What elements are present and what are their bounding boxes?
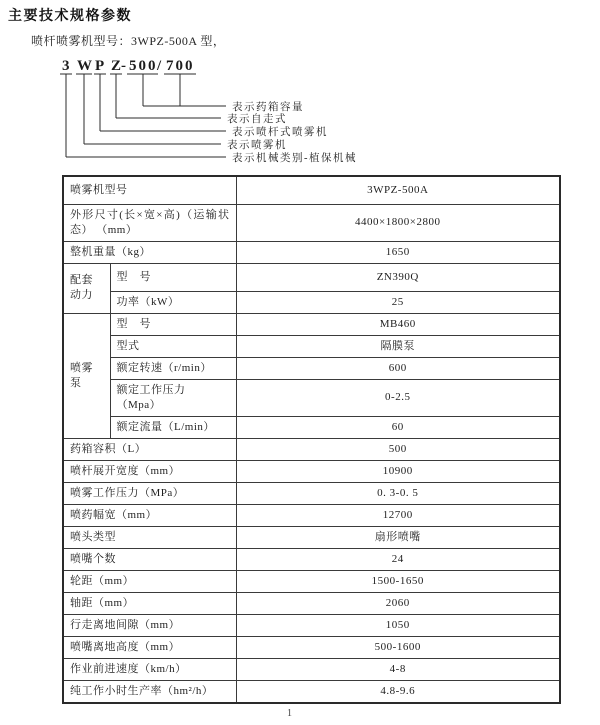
- row-label: 行走离地间隙（mm）: [63, 614, 236, 636]
- row-value: 25: [236, 291, 560, 313]
- table-row: 功率（kW） 25: [63, 291, 560, 313]
- row-value: 600: [236, 357, 560, 379]
- table-row: 纯工作小时生产率（hm²/h） 4.8-9.6: [63, 680, 560, 703]
- table-row: 外形尺寸(长×宽×高)（运输状态） （mm） 4400×1800×2800: [63, 204, 560, 241]
- code-slash: /: [156, 58, 163, 74]
- diagram-label-boom-sprayer: 表示喷杆式喷雾机: [232, 125, 328, 138]
- row-value: 0. 3-0. 5: [236, 482, 560, 504]
- table-row: 额定工作压力 （Mpa） 0-2.5: [63, 379, 560, 416]
- row-label: 轴距（mm）: [63, 592, 236, 614]
- row-label: 型式: [110, 335, 236, 357]
- table-row: 行走离地间隙（mm） 1050: [63, 614, 560, 636]
- row-label: 作业前进速度（km/h）: [63, 658, 236, 680]
- row-label: 喷嘴个数: [63, 548, 236, 570]
- row-value: ZN390Q: [236, 263, 560, 291]
- row-label: 型 号: [110, 263, 236, 291]
- table-row: 作业前进速度（km/h） 4-8: [63, 658, 560, 680]
- row-label: 喷杆展开宽度（mm）: [63, 460, 236, 482]
- model-code-diagram-svg: 3 W P Z - 500 / 700: [55, 54, 555, 174]
- row-value: 4-8: [236, 658, 560, 680]
- row-value: 0-2.5: [236, 379, 560, 416]
- row-value: 10900: [236, 460, 560, 482]
- row-value: 1050: [236, 614, 560, 636]
- row-value: 500-1600: [236, 636, 560, 658]
- group-label-power: 配套 动力: [63, 263, 110, 313]
- row-value: 扇形喷嘴: [236, 526, 560, 548]
- row-value: 2060: [236, 592, 560, 614]
- table-row: 配套 动力 型 号 ZN390Q: [63, 263, 560, 291]
- row-label: 喷嘴离地高度（mm）: [63, 636, 236, 658]
- row-label: 喷雾机型号: [63, 176, 236, 204]
- table-row: 额定转速（r/min） 600: [63, 357, 560, 379]
- model-subtitle: 喷杆喷雾机型号：3WPZ-500A 型，: [31, 32, 225, 49]
- row-label: 功率（kW）: [110, 291, 236, 313]
- table-row: 药箱容积（L） 500: [63, 438, 560, 460]
- row-label: 药箱容积（L）: [63, 438, 236, 460]
- row-value: 60: [236, 416, 560, 438]
- table-row: 喷嘴个数 24: [63, 548, 560, 570]
- table-row: 型式 隔膜泵: [63, 335, 560, 357]
- page-title: 主要技术规格参数: [8, 5, 132, 25]
- row-value: 隔膜泵: [236, 335, 560, 357]
- row-label: 喷雾工作压力（MPa）: [63, 482, 236, 504]
- table-row: 喷雾泵 型 号 MB460: [63, 313, 560, 335]
- row-value: 4.8-9.6: [236, 680, 560, 703]
- spec-table-container: 喷雾机型号 3WPZ-500A 外形尺寸(长×宽×高)（运输状态） （mm） 4…: [62, 175, 561, 704]
- table-row: 喷嘴离地高度（mm） 500-1600: [63, 636, 560, 658]
- code-num-700: 700: [166, 58, 195, 74]
- row-value: 1650: [236, 241, 560, 263]
- spec-table: 喷雾机型号 3WPZ-500A 外形尺寸(长×宽×高)（运输状态） （mm） 4…: [62, 175, 561, 704]
- row-label: 型 号: [110, 313, 236, 335]
- code-dash: -: [121, 58, 128, 74]
- row-value: 24: [236, 548, 560, 570]
- row-value: 500: [236, 438, 560, 460]
- table-row: 喷雾机型号 3WPZ-500A: [63, 176, 560, 204]
- row-label: 额定流量（L/min）: [110, 416, 236, 438]
- row-label: 喷药幅宽（mm）: [63, 504, 236, 526]
- row-value: 3WPZ-500A: [236, 176, 560, 204]
- code-digit-3: 3: [62, 58, 72, 74]
- row-label: 额定工作压力 （Mpa）: [110, 379, 236, 416]
- row-label: 整机重量（kg）: [63, 241, 236, 263]
- table-row: 整机重量（kg） 1650: [63, 241, 560, 263]
- diagram-label-tank-capacity: 表示药箱容量: [232, 100, 304, 113]
- table-row: 喷杆展开宽度（mm） 10900: [63, 460, 560, 482]
- row-value: MB460: [236, 313, 560, 335]
- diagram-label-machine-class: 表示机械类别-植保机械: [232, 151, 357, 164]
- code-num-500: 500: [129, 58, 158, 74]
- diagram-label-sprayer: 表示喷雾机: [227, 138, 287, 151]
- code-letter-w: W: [77, 58, 94, 74]
- table-row: 额定流量（L/min） 60: [63, 416, 560, 438]
- document-page: 主要技术规格参数 喷杆喷雾机型号：3WPZ-500A 型， 3 W P Z - …: [0, 0, 600, 725]
- group-label-pump: 喷雾泵: [63, 313, 110, 438]
- row-label: 额定转速（r/min）: [110, 357, 236, 379]
- table-row: 喷头类型 扇形喷嘴: [63, 526, 560, 548]
- row-label: 纯工作小时生产率（hm²/h）: [63, 680, 236, 703]
- row-label: 外形尺寸(长×宽×高)（运输状态） （mm）: [63, 204, 236, 241]
- table-row: 喷药幅宽（mm） 12700: [63, 504, 560, 526]
- diagram-label-self-propelled: 表示自走式: [227, 112, 287, 125]
- model-code-diagram: 3 W P Z - 500 / 700: [55, 54, 555, 174]
- row-value: 4400×1800×2800: [236, 204, 560, 241]
- table-row: 喷雾工作压力（MPa） 0. 3-0. 5: [63, 482, 560, 504]
- table-row: 轴距（mm） 2060: [63, 592, 560, 614]
- row-value: 1500-1650: [236, 570, 560, 592]
- code-letter-p: P: [95, 58, 106, 74]
- row-label: 喷头类型: [63, 526, 236, 548]
- row-label: 轮距（mm）: [63, 570, 236, 592]
- page-number: 1: [287, 708, 292, 719]
- table-row: 轮距（mm） 1500-1650: [63, 570, 560, 592]
- row-value: 12700: [236, 504, 560, 526]
